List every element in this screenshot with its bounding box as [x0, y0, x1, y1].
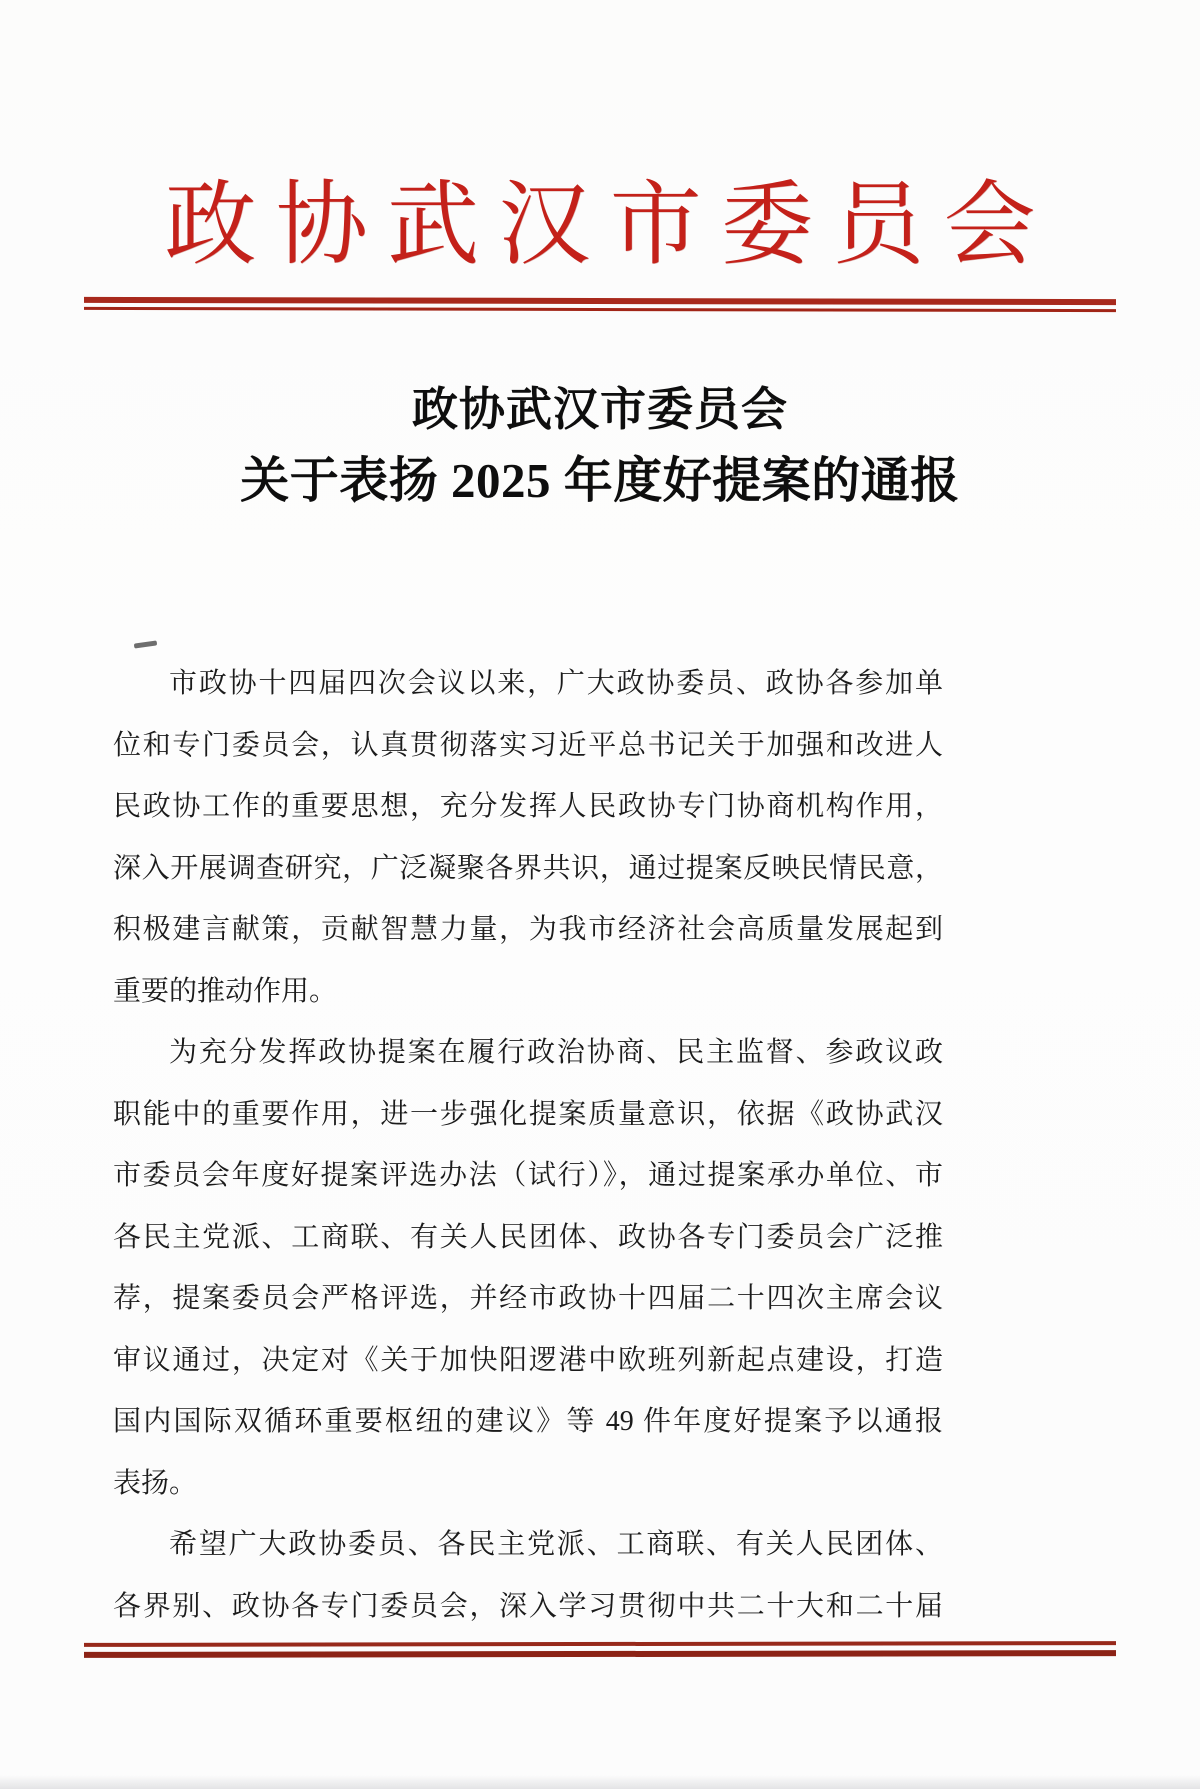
footer-double-rule	[84, 1641, 1116, 1658]
body-line: 为充分发挥政协提案在履行政治协商、民主监督、参政议政	[113, 1022, 943, 1084]
letterhead-agency-title: 政协武汉市委员会	[0, 168, 1200, 282]
body-line: 积极建言献策，贡献智慧力量，为我市经济社会高质量发展起到	[113, 899, 943, 961]
body-line: 深入开展调查研究，广泛凝聚各界共识，通过提案反映民情民意，	[113, 838, 943, 900]
body-line: 职能中的重要作用，进一步强化提案质量意识，依据《政协武汉	[113, 1084, 943, 1146]
stray-pen-mark	[134, 640, 157, 648]
body-line: 各界别、政协各专门委员会，深入学习贯彻中共二十大和二十届	[113, 1576, 943, 1638]
document-page: 政协武汉市委员会 政协武汉市委员会 关于表扬 2025 年度好提案的通报 市政协…	[0, 0, 1200, 1789]
letterhead-double-rule	[84, 297, 1116, 312]
body-line: 重要的推动作用。	[113, 961, 943, 1023]
page-edge-shadow	[0, 1775, 1200, 1789]
document-title: 政协武汉市委员会 关于表扬 2025 年度好提案的通报	[0, 376, 1200, 518]
body-line: 市政协十四届四次会议以来，广大政协委员、政协各参加单	[113, 653, 943, 715]
document-body: 市政协十四届四次会议以来，广大政协委员、政协各参加单 位和专门委员会，认真贯彻落…	[113, 653, 943, 1637]
document-title-line2: 关于表扬 2025 年度好提案的通报	[0, 444, 1200, 518]
body-line: 市委员会年度好提案评选办法（试行）》，通过提案承办单位、市	[113, 1145, 943, 1207]
body-line: 荐，提案委员会严格评选，并经市政协十四届二十四次主席会议	[113, 1268, 943, 1330]
body-line: 各民主党派、工商联、有关人民团体、政协各专门委员会广泛推	[113, 1207, 943, 1269]
body-line: 表扬。	[113, 1453, 943, 1515]
body-line: 位和专门委员会，认真贯彻落实习近平总书记关于加强和改进人	[113, 715, 943, 777]
body-line: 国内国际双循环重要枢纽的建议》等 49 件年度好提案予以通报	[113, 1391, 943, 1453]
document-title-line1: 政协武汉市委员会	[0, 376, 1200, 444]
body-line: 审议通过，决定对《关于加快阳逻港中欧班列新起点建设，打造	[113, 1330, 943, 1392]
body-line: 希望广大政协委员、各民主党派、工商联、有关人民团体、	[113, 1514, 943, 1576]
body-line: 民政协工作的重要思想，充分发挥人民政协专门协商机构作用，	[113, 776, 943, 838]
